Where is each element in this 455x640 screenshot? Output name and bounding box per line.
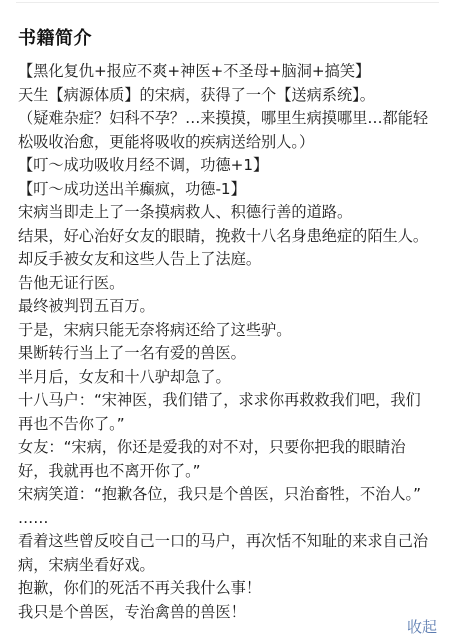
intro-line: 好，我就再也不离开你了。” [18,460,440,484]
collapse-button[interactable]: 收起 [407,616,437,637]
intro-line: 宋病当即走上了一条摸病救人、积德行善的道路。 [18,201,440,225]
intro-line: 病，宋病坐看好戏。 [18,554,440,578]
intro-line: （疑难杂症？妇科不孕？…来摸摸，哪里生病摸哪里…都能轻 [18,107,440,131]
intro-line: …… [18,507,440,531]
section-title: 书籍简介 [18,24,92,50]
book-intro: 【黑化复仇+报应不爽+神医+不圣母+脑洞+搞笑】 天生【病源体质】的宋病，获得了… [18,60,440,624]
top-divider [16,2,439,3]
intro-line: 告他无证行医。 [18,272,440,296]
intro-line: 结果，好心治好女友的眼睛，挽救十八名身患绝症的陌生人。 [18,225,440,249]
intro-line: 宋病笑道：“抱歉各位，我只是个兽医，只治畜牲，不治人。” [18,483,440,507]
intro-line: 抱歉，你们的死活不再关我什么事！ [18,577,440,601]
intro-line: 看着这些曾反咬自己一口的马户，再次恬不知耻的来求自己治 [18,530,440,554]
intro-line: 最终被判罚五百万。 [18,295,440,319]
intro-line: 果断转行当上了一名有爱的兽医。 [18,342,440,366]
intro-line: 于是，宋病只能无奈将病还给了这些驴。 [18,319,440,343]
intro-line: 【叮～成功送出羊癫疯，功德-1】 [18,178,440,202]
intro-line: 【黑化复仇+报应不爽+神医+不圣母+脑洞+搞笑】 [18,60,440,84]
intro-line: 半月后，女友和十八驴却急了。 [18,366,440,390]
intro-line: 我只是个兽医，专治禽兽的兽医！ [18,601,440,625]
intro-line: 十八马户：“宋神医，我们错了，求求你再救救我们吧，我们 [18,389,440,413]
intro-line: 女友：“宋病，你还是爱我的对不对，只要你把我的眼睛治 [18,436,440,460]
intro-line: 再也不告你了。” [18,413,440,437]
intro-line: 却反手被女友和这些人告上了法庭。 [18,248,440,272]
intro-line: 【叮～成功吸收月经不调，功德+1】 [18,154,440,178]
intro-line: 天生【病源体质】的宋病，获得了一个【送病系统】。 [18,84,440,108]
intro-line: 松吸收治愈，更能将吸收的疾病送给别人。） [18,131,440,155]
